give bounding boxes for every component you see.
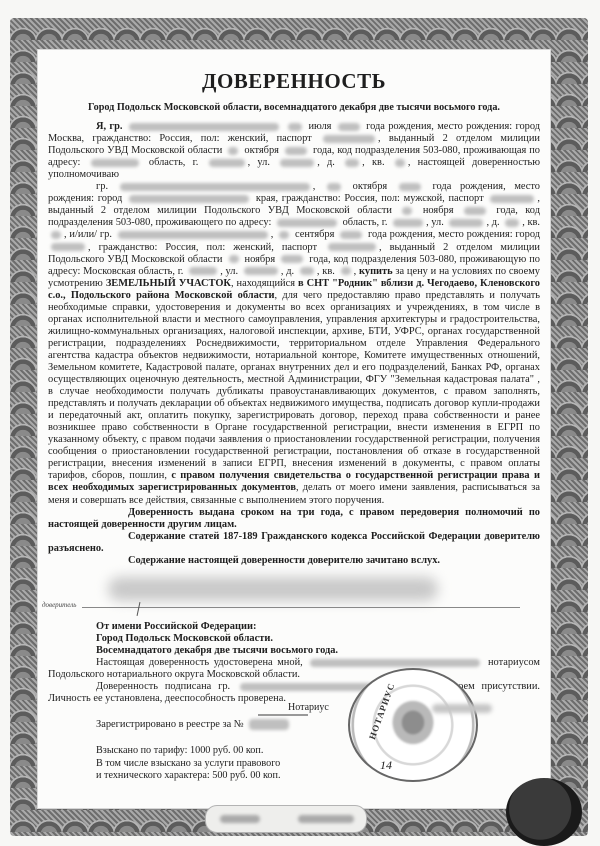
redacted-house bbox=[505, 219, 519, 227]
agent1-paragraph: гр. , октября года рождения, место рожде… bbox=[48, 181, 540, 506]
redacted-city bbox=[209, 159, 245, 167]
redacted-region bbox=[91, 159, 139, 167]
text: , ул. bbox=[248, 157, 270, 168]
redacted-street bbox=[244, 267, 278, 275]
document-content: ДОВЕРЕННОСТЬ Город Подольск Московской о… bbox=[48, 62, 540, 783]
text: гр. bbox=[96, 181, 108, 192]
principal-signature-area: доверитель bbox=[48, 575, 540, 619]
redacted-passport bbox=[490, 195, 534, 203]
notary-signature-title: Нотариус bbox=[288, 702, 329, 713]
redacted-year bbox=[464, 207, 486, 215]
redacted-signature bbox=[108, 577, 438, 601]
redacted-street bbox=[449, 219, 483, 227]
fee-line-3: и технического характера: 500 руб. 00 ко… bbox=[96, 770, 540, 783]
notary-line-2: Город Подольск Московской области. bbox=[96, 633, 540, 645]
notary-line-3: Восемнадцатого декабря две тысячи восьмо… bbox=[96, 645, 540, 657]
document-page: ДОВЕРЕННОСТЬ Город Подольск Московской о… bbox=[0, 0, 600, 846]
redacted-city bbox=[51, 243, 85, 251]
redacted-name bbox=[120, 183, 310, 191]
text: Личность ее установлена, дееспособность … bbox=[48, 693, 286, 704]
redacted-city bbox=[189, 267, 217, 275]
notary-stamp: НОТАРИУС 14 bbox=[348, 668, 478, 782]
redacted-registry-number bbox=[249, 719, 289, 730]
stamp-number: 14 bbox=[380, 758, 392, 773]
redacted-passport bbox=[328, 243, 376, 251]
redacted-flat bbox=[395, 159, 405, 167]
fee-line-2: В том числе взыскано за услуги правового bbox=[96, 758, 540, 771]
text: Зарегистрировано в реестре за № bbox=[96, 719, 244, 730]
text: ноября bbox=[245, 254, 276, 265]
redacted-day bbox=[228, 147, 238, 155]
redacted-city bbox=[393, 219, 423, 227]
articles-paragraph: Содержание статей 187-189 Гражданского к… bbox=[48, 531, 540, 555]
read-aloud-paragraph: Содержание настоящей доверенности довери… bbox=[48, 555, 540, 567]
redacted-year bbox=[285, 147, 307, 155]
text: , д. bbox=[486, 217, 499, 228]
redacted-year bbox=[338, 123, 360, 131]
redacted-notary-name bbox=[310, 659, 480, 667]
text: , ул. bbox=[426, 217, 444, 228]
redacted-city bbox=[129, 195, 249, 203]
text: октября bbox=[244, 145, 279, 156]
fee-line-1: Взыскано по тарифу: 1000 руб. 00 коп. bbox=[96, 745, 540, 758]
text: область, г. bbox=[343, 217, 388, 228]
signature-line bbox=[82, 607, 520, 608]
redacted-number bbox=[298, 815, 354, 823]
redacted-house bbox=[345, 159, 359, 167]
powers-text: , для чего предоставляю право представля… bbox=[48, 290, 540, 482]
text: , д. bbox=[317, 157, 335, 168]
redacted-day bbox=[327, 183, 341, 191]
redacted-passport bbox=[323, 135, 375, 143]
redacted-day bbox=[402, 207, 412, 215]
text: , кв. bbox=[362, 157, 384, 168]
text: октября bbox=[353, 181, 388, 192]
text: ноября bbox=[423, 205, 454, 216]
redacted-name bbox=[129, 123, 279, 131]
text: июля bbox=[308, 121, 331, 132]
principal-intro: Я, гр. bbox=[96, 121, 123, 132]
redacted-street bbox=[280, 159, 314, 167]
redacted-year bbox=[399, 183, 421, 191]
text: область, г. bbox=[149, 157, 198, 168]
certified-paragraph: Настоящая доверенность удостоверена мной… bbox=[48, 657, 540, 681]
text: , д. bbox=[281, 266, 294, 277]
purchase-verb: купить bbox=[359, 266, 393, 277]
term-paragraph: Доверенность выдана сроком на три года, … bbox=[48, 507, 540, 531]
redacted-day bbox=[288, 123, 302, 131]
redacted-notary-initials bbox=[432, 704, 492, 713]
text: сентября bbox=[295, 229, 334, 240]
redacted-flat bbox=[51, 231, 61, 239]
text: , гражданство: Россия, пол: женский, пас… bbox=[88, 242, 317, 253]
hologram-seal bbox=[506, 778, 582, 846]
redacted-region bbox=[277, 219, 337, 227]
redacted-house bbox=[300, 267, 314, 275]
text: , кв. bbox=[522, 217, 540, 228]
notary-certification: От имени Российской Федерации: Город Под… bbox=[48, 621, 540, 657]
text: , находящийся bbox=[231, 278, 295, 289]
city-date-line: Город Подольск Московской области, восем… bbox=[48, 102, 540, 114]
text: , и/или/ гр. bbox=[64, 229, 112, 240]
form-serial-number bbox=[205, 805, 367, 833]
signature-label: доверитель bbox=[42, 599, 76, 611]
document-title: ДОВЕРЕННОСТЬ bbox=[48, 68, 540, 94]
text: года рождения, место рождения: город bbox=[368, 229, 540, 240]
redacted-series bbox=[220, 815, 260, 823]
text: , bbox=[354, 266, 357, 277]
text: края, гражданство: Россия, пол: мужской,… bbox=[256, 193, 484, 204]
purchase-object: ЗЕМЕЛЬНЫЙ УЧАСТОК bbox=[106, 278, 231, 289]
redacted-name bbox=[118, 231, 268, 239]
text: , bbox=[313, 181, 316, 192]
text: Доверенность подписана гр. bbox=[96, 681, 230, 692]
notary-line-1: От имени Российской Федерации: bbox=[96, 621, 540, 633]
redacted-flat bbox=[341, 267, 351, 275]
redacted-year bbox=[340, 231, 362, 239]
redacted-day bbox=[229, 255, 239, 263]
principal-paragraph: Я, гр. июля года рождения, место рождени… bbox=[48, 121, 540, 181]
redacted-day bbox=[279, 231, 289, 239]
text: , ул. bbox=[220, 266, 238, 277]
signature-mark bbox=[137, 602, 141, 616]
text: , кв. bbox=[317, 266, 335, 277]
text: Настоящая доверенность удостоверена мной… bbox=[96, 657, 303, 668]
notary-sub-caption bbox=[258, 714, 308, 716]
redacted-year bbox=[281, 255, 303, 263]
